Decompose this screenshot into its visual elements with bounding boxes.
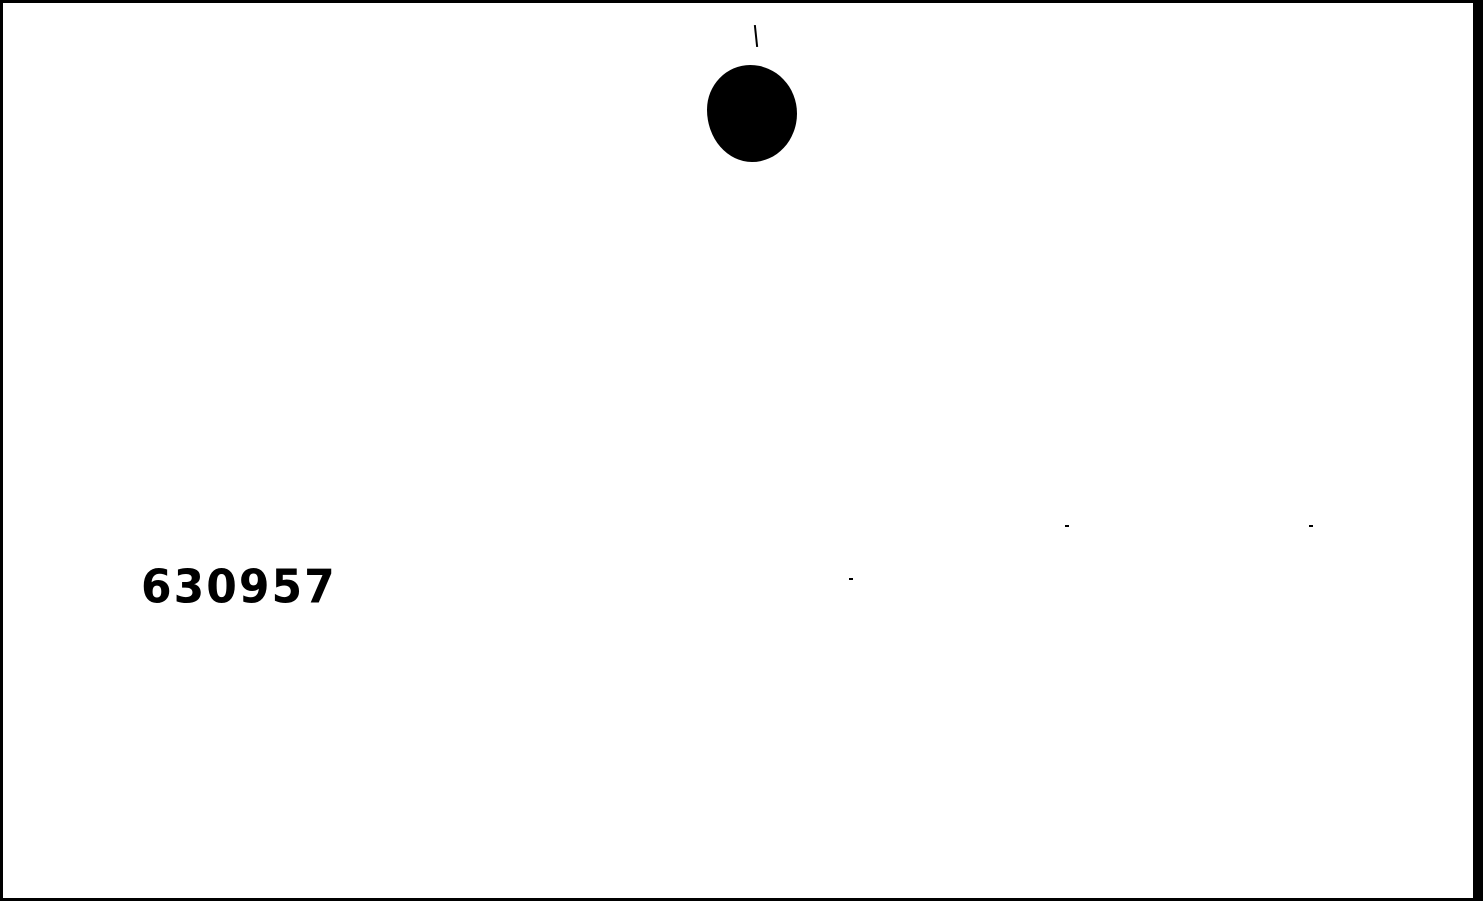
punch-hole [707, 65, 797, 162]
speck [1309, 525, 1313, 527]
speck [1065, 525, 1069, 527]
index-card: 630957 [2, 2, 1473, 898]
scan-mark [754, 25, 758, 47]
card-right-edge [1474, 0, 1483, 901]
card-number: 630957 [141, 565, 337, 611]
speck [849, 578, 853, 580]
